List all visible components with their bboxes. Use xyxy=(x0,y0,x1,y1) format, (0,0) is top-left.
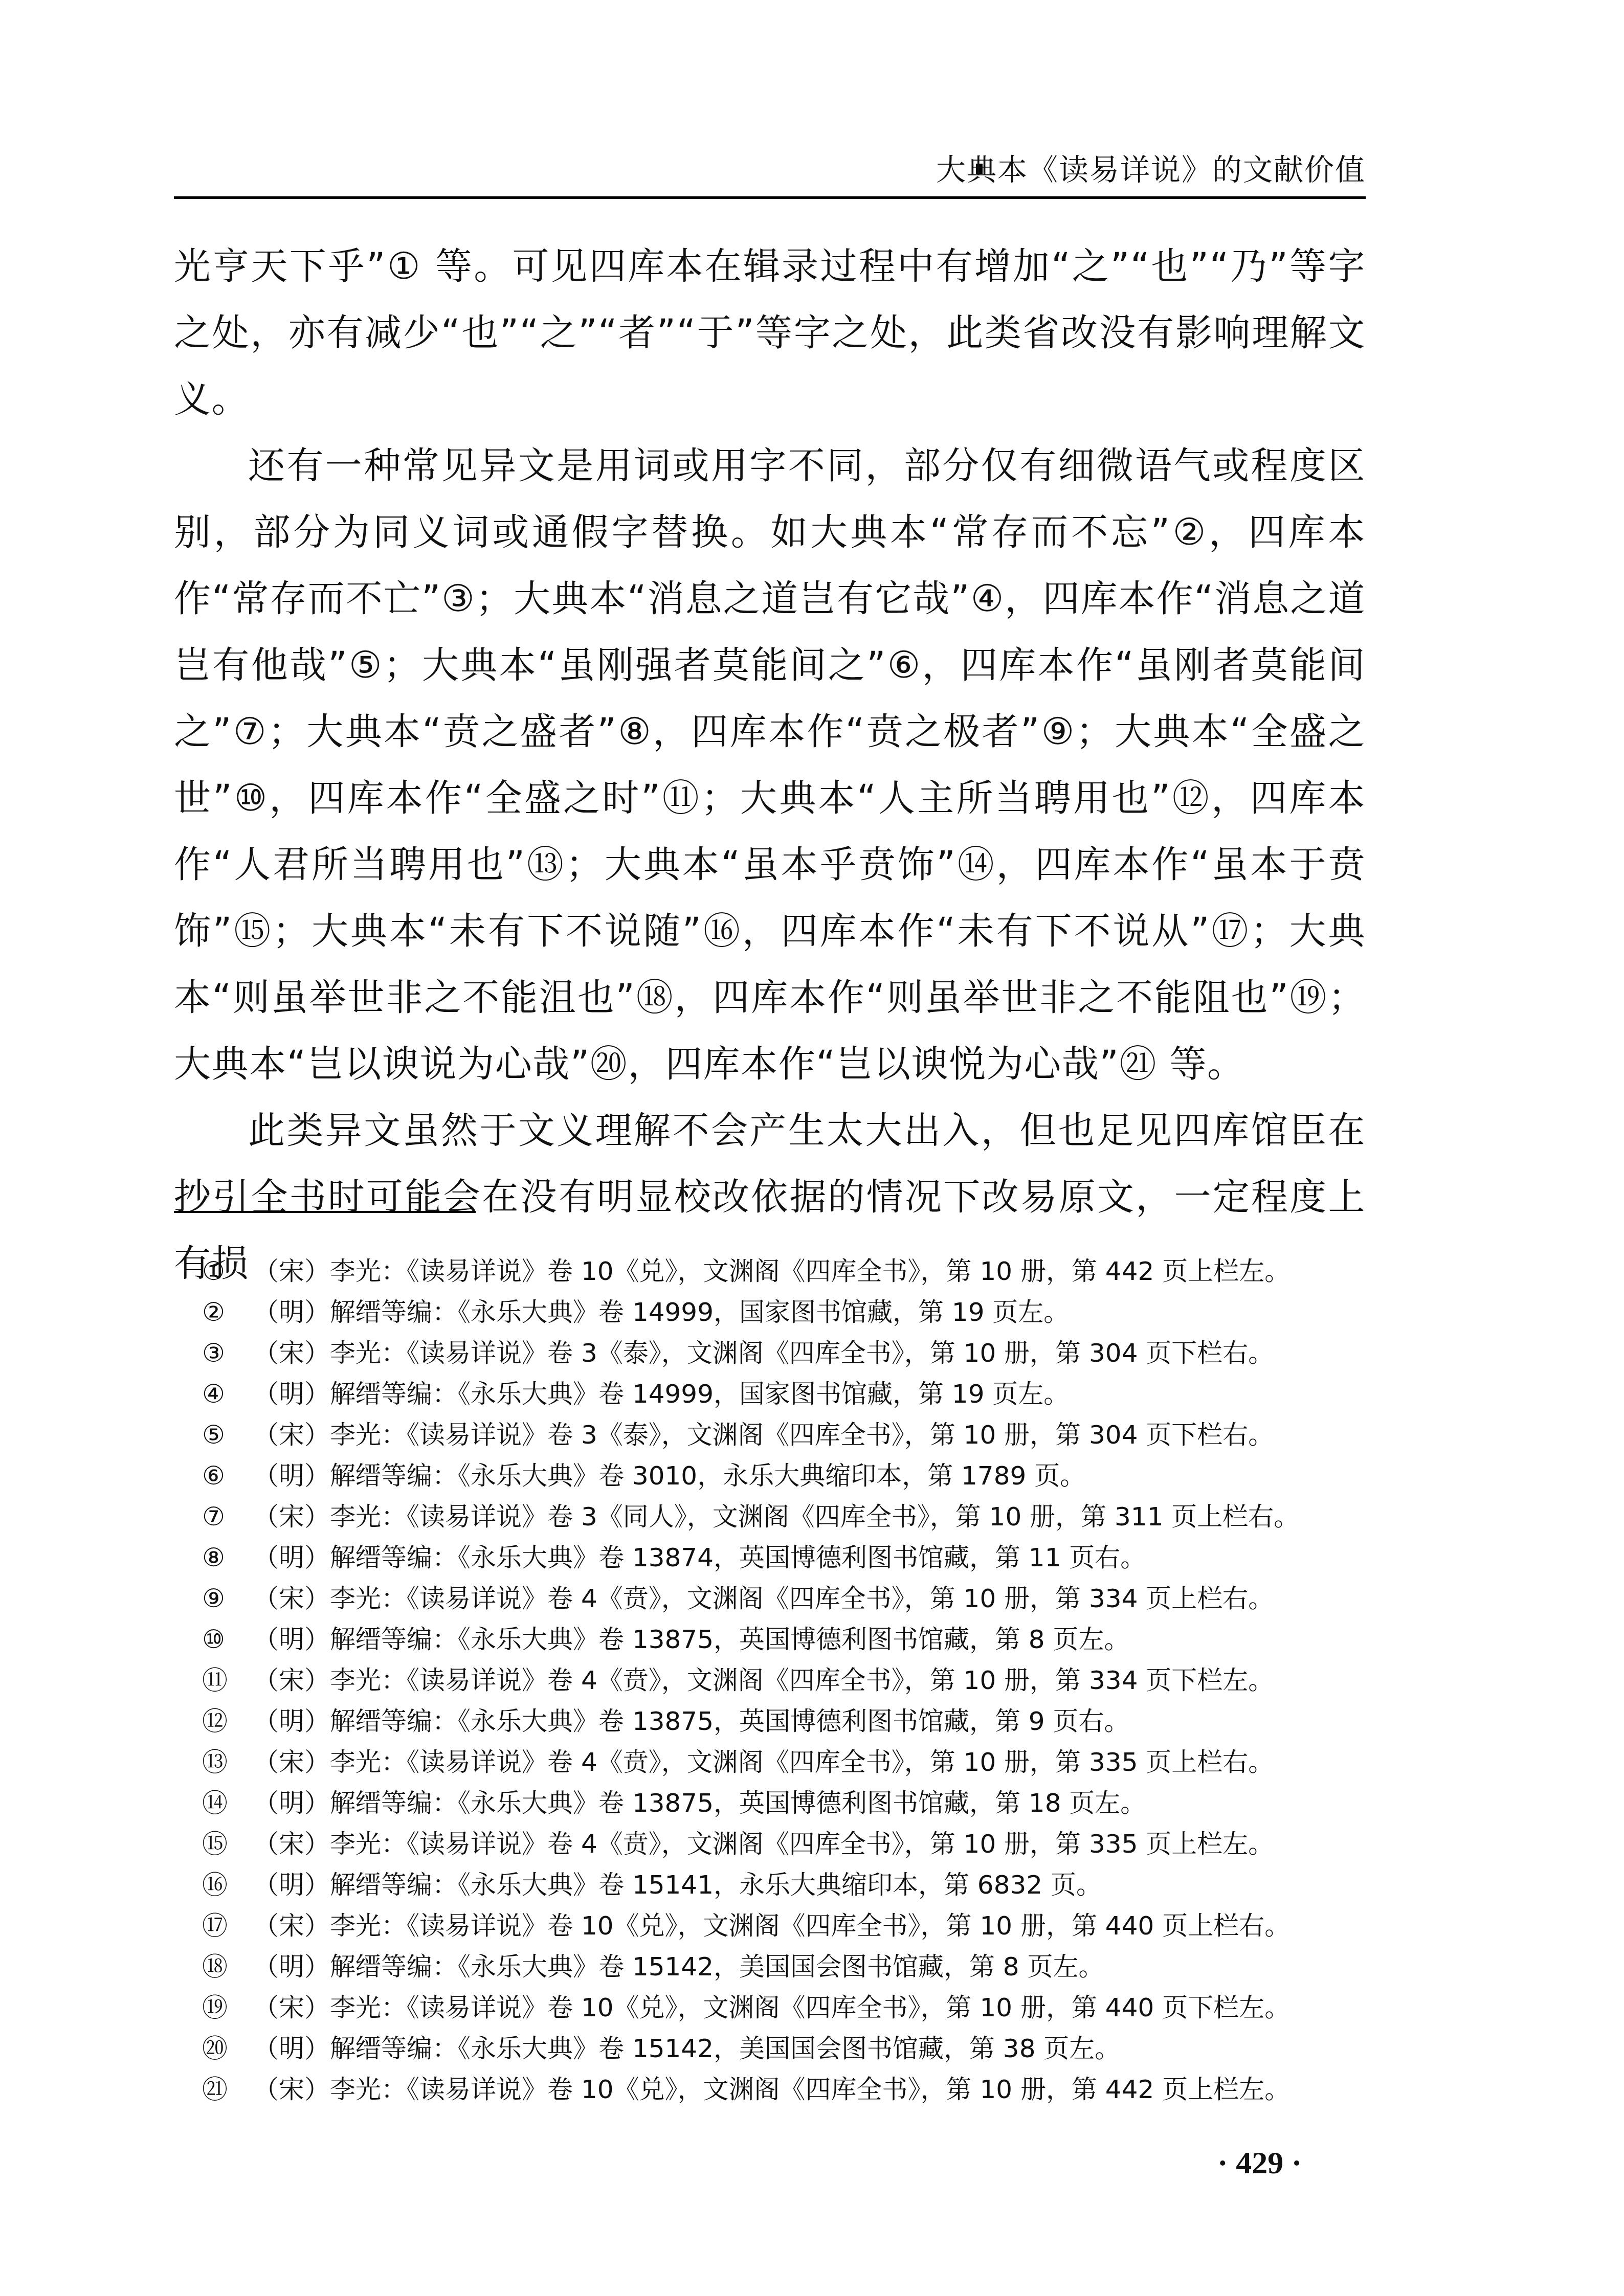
footnote-text: （宋）李光：《读易详说》卷 3《泰》，文渊阁《四库全书》，第 10 册，第 30… xyxy=(253,1414,1274,1455)
footnote-number: ① xyxy=(202,1251,253,1292)
footnote-14: ⑭（明）解缙等编：《永乐大典》卷 13875，英国博德利图书馆藏，第 18 页左… xyxy=(202,1783,1378,1824)
footnote-number: ⑧ xyxy=(202,1537,253,1578)
footnote-number: ⑥ xyxy=(202,1455,253,1496)
footnote-text: （明）解缙等编：《永乐大典》卷 13875，英国博德利图书馆藏，第 8 页左。 xyxy=(253,1619,1130,1660)
footnote-2: ②（明）解缙等编：《永乐大典》卷 14999，国家图书馆藏，第 19 页左。 xyxy=(202,1292,1378,1333)
footnote-number: ⑭ xyxy=(202,1783,253,1824)
footnote-1: ①（宋）李光：《读易详说》卷 10《兑》，文渊阁《四库全书》，第 10 册，第 … xyxy=(202,1251,1378,1292)
footnote-17: ⑰（宋）李光：《读易详说》卷 10《兑》，文渊阁《四库全书》，第 10 册，第 … xyxy=(202,1905,1378,1946)
footnote-number: ⑱ xyxy=(202,1946,253,1987)
footnote-7: ⑦（宋）李光：《读易详说》卷 3《同人》，文渊阁《四库全书》，第 10 册，第 … xyxy=(202,1496,1378,1537)
footnote-text: （宋）李光：《读易详说》卷 3《泰》，文渊阁《四库全书》，第 10 册，第 30… xyxy=(253,1333,1274,1374)
paragraph: 还有一种常见异文是用词或用字不同，部分仅有细微语气或程度区别，部分为同义词或通假… xyxy=(174,432,1366,1097)
footnote-text: （明）解缙等编：《永乐大典》卷 14999，国家图书馆藏，第 19 页左。 xyxy=(253,1292,1069,1333)
running-title: 大典本《读易详说》的文献价值 xyxy=(936,149,1366,190)
footnote-text: （明）解缙等编：《永乐大典》卷 15142，美国国会图书馆藏，第 8 页左。 xyxy=(253,1946,1104,1987)
footnote-5: ⑤（宋）李光：《读易详说》卷 3《泰》，文渊阁《四库全书》，第 10 册，第 3… xyxy=(202,1414,1378,1455)
footnote-3: ③（宋）李光：《读易详说》卷 3《泰》，文渊阁《四库全书》，第 10 册，第 3… xyxy=(202,1333,1378,1374)
paragraph-continued: 光亨天下乎”① 等。可见四库本在辑录过程中有增加“之”“也”“乃”等字之处，亦有… xyxy=(174,233,1366,432)
footnote-text: （宋）李光：《读易详说》卷 10《兑》，文渊阁《四库全书》，第 10 册，第 4… xyxy=(253,2069,1290,2110)
footnote-number: ⑤ xyxy=(202,1414,253,1455)
footnote-19: ⑲（宋）李光：《读易详说》卷 10《兑》，文渊阁《四库全书》，第 10 册，第 … xyxy=(202,1987,1378,2028)
footnotes: ①（宋）李光：《读易详说》卷 10《兑》，文渊阁《四库全书》，第 10 册，第 … xyxy=(202,1251,1378,2110)
footnote-number: ⑩ xyxy=(202,1619,253,1660)
footnote-16: ⑯（明）解缙等编：《永乐大典》卷 15141，永乐大典缩印本，第 6832 页。 xyxy=(202,1864,1378,1905)
footnote-text: （明）解缙等编：《永乐大典》卷 13874，英国博德利图书馆藏，第 11 页右。 xyxy=(253,1537,1146,1578)
footnote-text: （明）解缙等编：《永乐大典》卷 14999，国家图书馆藏，第 19 页左。 xyxy=(253,1374,1069,1414)
footnote-number: ⑮ xyxy=(202,1824,253,1864)
footnote-text: （宋）李光：《读易详说》卷 10《兑》，文渊阁《四库全书》，第 10 册，第 4… xyxy=(253,1905,1290,1946)
footnote-number: ② xyxy=(202,1292,253,1333)
footnote-number: ⑰ xyxy=(202,1905,253,1946)
footnote-number: ③ xyxy=(202,1333,253,1374)
footnote-text: （明）解缙等编：《永乐大典》卷 13875，英国博德利图书馆藏，第 9 页右。 xyxy=(253,1701,1130,1742)
footnote-number: ⑪ xyxy=(202,1660,253,1701)
footnote-text: （宋）李光：《读易详说》卷 4《贲》，文渊阁《四库全书》，第 10 册，第 33… xyxy=(253,1742,1274,1783)
footnote-rule xyxy=(174,1211,476,1213)
footnote-12: ⑫（明）解缙等编：《永乐大典》卷 13875，英国博德利图书馆藏，第 9 页右。 xyxy=(202,1701,1378,1742)
footnote-text: （宋）李光：《读易详说》卷 4《贲》，文渊阁《四库全书》，第 10 册，第 33… xyxy=(253,1578,1274,1619)
footnote-text: （宋）李光：《读易详说》卷 4《贲》，文渊阁《四库全书》，第 10 册，第 33… xyxy=(253,1824,1274,1864)
footnote-number: ㉑ xyxy=(202,2069,253,2110)
footnote-18: ⑱（明）解缙等编：《永乐大典》卷 15142，美国国会图书馆藏，第 8 页左。 xyxy=(202,1946,1378,1987)
footnote-20: ⑳（明）解缙等编：《永乐大典》卷 15142，美国国会图书馆藏，第 38 页左。 xyxy=(202,2028,1378,2069)
footnote-text: （宋）李光：《读易详说》卷 3《同人》，文渊阁《四库全书》，第 10 册，第 3… xyxy=(253,1496,1299,1537)
footnote-11: ⑪（宋）李光：《读易详说》卷 4《贲》，文渊阁《四库全书》，第 10 册，第 3… xyxy=(202,1660,1378,1701)
footnote-15: ⑮（宋）李光：《读易详说》卷 4《贲》，文渊阁《四库全书》，第 10 册，第 3… xyxy=(202,1824,1378,1864)
footnote-text: （宋）李光：《读易详说》卷 4《贲》，文渊阁《四库全书》，第 10 册，第 33… xyxy=(253,1660,1274,1701)
footnote-text: （明）解缙等编：《永乐大典》卷 15141，永乐大典缩印本，第 6832 页。 xyxy=(253,1864,1102,1905)
footnote-number: ⑦ xyxy=(202,1496,253,1537)
footnote-number: ⑯ xyxy=(202,1864,253,1905)
page-number: · 429 · xyxy=(1217,2145,1302,2181)
footnote-6: ⑥（明）解缙等编：《永乐大典》卷 3010，永乐大典缩印本，第 1789 页。 xyxy=(202,1455,1378,1496)
footnote-number: ⑬ xyxy=(202,1742,253,1783)
footnote-8: ⑧（明）解缙等编：《永乐大典》卷 13874，英国博德利图书馆藏，第 11 页右… xyxy=(202,1537,1378,1578)
footnote-number: ④ xyxy=(202,1374,253,1414)
footnote-13: ⑬（宋）李光：《读易详说》卷 4《贲》，文渊阁《四库全书》，第 10 册，第 3… xyxy=(202,1742,1378,1783)
footnote-text: （明）解缙等编：《永乐大典》卷 3010，永乐大典缩印本，第 1789 页。 xyxy=(253,1455,1085,1496)
running-head: 大典本《读易详说》的文献价值 xyxy=(174,138,1366,199)
footnote-number: ⑲ xyxy=(202,1987,253,2028)
body-text: 光亨天下乎”① 等。可见四库本在辑录过程中有增加“之”“也”“乃”等字之处，亦有… xyxy=(174,233,1366,1296)
footnote-10: ⑩（明）解缙等编：《永乐大典》卷 13875，英国博德利图书馆藏，第 8 页左。 xyxy=(202,1619,1378,1660)
footnote-text: （宋）李光：《读易详说》卷 10《兑》，文渊阁《四库全书》，第 10 册，第 4… xyxy=(253,1251,1290,1292)
footnote-number: ⑨ xyxy=(202,1578,253,1619)
footnote-text: （宋）李光：《读易详说》卷 10《兑》，文渊阁《四库全书》，第 10 册，第 4… xyxy=(253,1987,1290,2028)
footnote-number: ⑫ xyxy=(202,1701,253,1742)
footnote-21: ㉑（宋）李光：《读易详说》卷 10《兑》，文渊阁《四库全书》，第 10 册，第 … xyxy=(202,2069,1378,2110)
header-rule xyxy=(174,196,1366,199)
footnote-text: （明）解缙等编：《永乐大典》卷 13875，英国博德利图书馆藏，第 18 页左。 xyxy=(253,1783,1146,1824)
footnote-4: ④（明）解缙等编：《永乐大典》卷 14999，国家图书馆藏，第 19 页左。 xyxy=(202,1374,1378,1414)
footnote-text: （明）解缙等编：《永乐大典》卷 15142，美国国会图书馆藏，第 38 页左。 xyxy=(253,2028,1120,2069)
footnote-9: ⑨（宋）李光：《读易详说》卷 4《贲》，文渊阁《四库全书》，第 10 册，第 3… xyxy=(202,1578,1378,1619)
footnote-number: ⑳ xyxy=(202,2028,253,2069)
